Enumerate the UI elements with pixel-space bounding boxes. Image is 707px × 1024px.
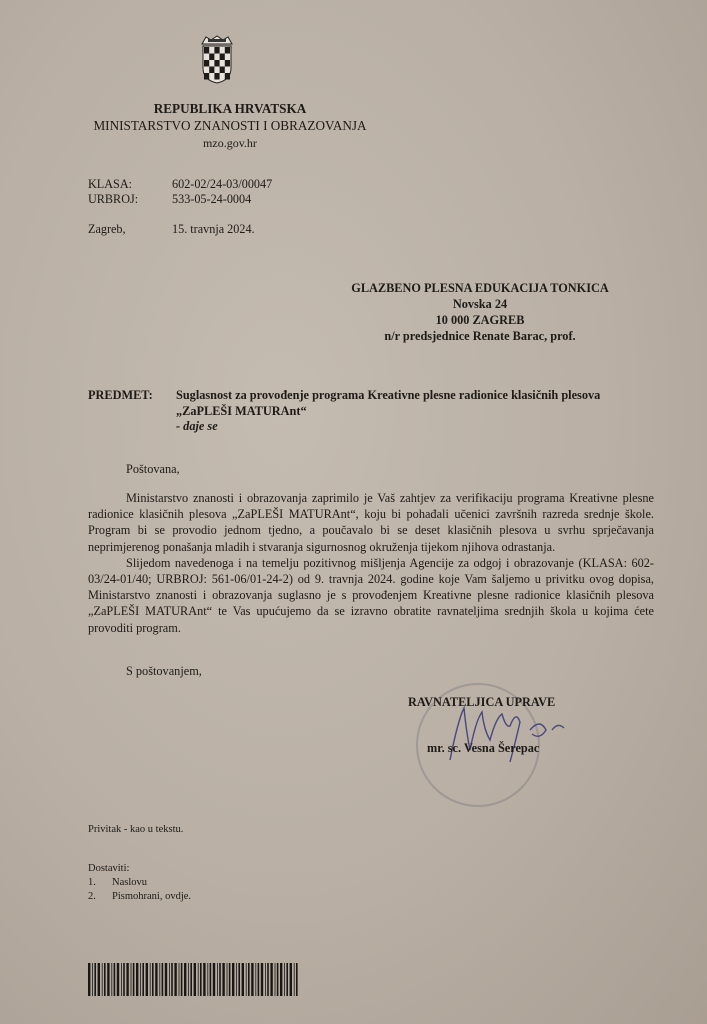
handwritten-signature [440,700,570,770]
recipient-attention: n/r predsjednice Renate Barac, prof. [300,329,660,345]
deliver-item-number: 2. [88,891,96,902]
klasa-value: 602-02/24-03/00047 [172,177,272,192]
barcode-icon [88,963,298,996]
recipient-name: GLAZBENO PLESNA EDUKACIJA TONKICA [300,281,660,297]
subject-label: PREDMET: [88,388,153,404]
recipient-city: 10 000 ZAGREB [300,313,660,329]
deliver-item-text: Pismohrani, ovdje. [112,890,191,904]
body-paragraph-1: Ministarstvo znanosti i obrazovanja zapr… [88,490,654,555]
deliver-label: Dostaviti: [88,862,129,876]
greeting: Poštovana, [126,461,426,477]
subject-block: PREDMET: Suglasnost za provođenje progra… [0,388,707,438]
deliver-item-2: 2. Pismohrani, ovdje. [88,890,96,904]
subject-text: Suglasnost za provođenje programa Kreati… [176,388,656,435]
attachment-note: Privitak - kao u tekstu. [88,823,183,837]
subject-line-2: „ZaPLEŠI MATURAnt“ [176,404,656,420]
klasa-label: KLASA: [88,177,132,192]
deliver-item-number: 1. [88,877,96,888]
deliver-item-text: Naslovu [112,876,147,890]
body-paragraph-2: Slijedom navedenoga i na temelju pozitiv… [88,555,654,636]
recipient-street: Novska 24 [300,297,660,313]
country-name: REPUBLIKA HRVATSKA [80,101,380,117]
ministry-name: MINISTARSTVO ZNANOSTI I OBRAZOVANJA [80,118,380,134]
letter-page: REPUBLIKA HRVATSKA MINISTARSTVO ZNANOSTI… [0,0,707,1024]
signatory-name: mr. sc. Vesna Šerepac [427,741,627,756]
closing: S poštovanjem, [126,663,426,679]
urbroj-value: 533-05-24-0004 [172,192,251,207]
letter-body: Ministarstvo znanosti i obrazovanja zapr… [88,490,654,636]
date: 15. travnja 2024. [172,222,255,237]
subject-line-3: - daje se [176,419,656,435]
place: Zagreb, [88,222,126,237]
urbroj-label: URBROJ: [88,192,138,207]
subject-line-1: Suglasnost za provođenje programa Kreati… [176,388,656,404]
ministry-website: mzo.gov.hr [80,135,380,151]
croatian-coat-of-arms-icon [200,34,234,84]
signatory-title: RAVNATELJICA UPRAVE [408,695,608,710]
deliver-item-1: 1. Naslovu [88,876,96,890]
